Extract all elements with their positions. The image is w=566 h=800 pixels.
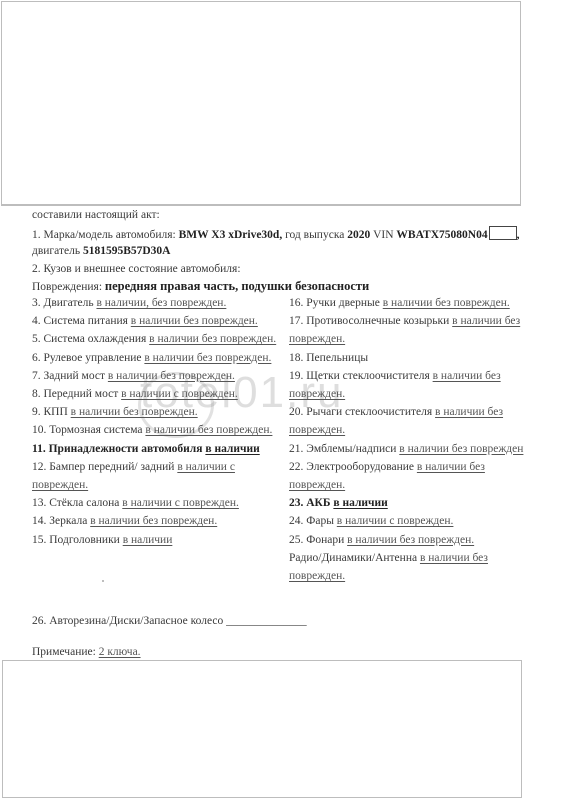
- checklist-item: 12. Бампер передний/ задний в наличии с: [32, 460, 235, 474]
- checklist-item: 7. Задний мост в наличии без поврежден.: [32, 369, 235, 383]
- item-label: 15. Подголовники: [32, 534, 123, 546]
- item-status: в наличии без поврежден.: [71, 406, 198, 418]
- checklist-item: 18. Пепельницы: [289, 351, 368, 365]
- item-status-continued: поврежден.: [32, 479, 88, 491]
- item-status: в наличии без поврежден.: [149, 333, 276, 345]
- checklist-item: 13. Стёкла салона в наличии с поврежден.: [32, 496, 239, 510]
- item-label: 25. Фонари: [289, 534, 347, 546]
- checklist-item: 16. Ручки дверные в наличии без поврежде…: [289, 296, 510, 310]
- item-status: в наличии без поврежден.: [144, 352, 271, 364]
- item-label: 16. Ручки дверные: [289, 297, 383, 309]
- damage-value: передняя правая часть, подушки безопасно…: [105, 279, 369, 293]
- item-label: 8. Передний мост: [32, 388, 121, 400]
- item-label: 11. Принадлежности автомобиля: [32, 443, 205, 455]
- checklist-item: 24. Фары в наличии с поврежден.: [289, 514, 453, 528]
- checklist-item: 11. Принадлежности автомобиля в наличии: [32, 442, 260, 456]
- redacted-footer-area: [2, 660, 522, 798]
- note-label: Примечание:: [32, 646, 99, 658]
- item-status: в наличии без: [420, 552, 488, 564]
- item-label: 22. Электрооборудование: [289, 461, 417, 473]
- item-label: 14. Зеркала: [32, 515, 90, 527]
- checklist-item: 22. Электрооборудование в наличии без: [289, 460, 485, 474]
- checklist-item: 20. Рычаги стеклоочистителя в наличии бе…: [289, 405, 503, 419]
- item-status: в наличии без поврежден.: [108, 370, 235, 382]
- item-label: 7. Задний мост: [32, 370, 108, 382]
- checklist-item-continuation: поврежден.: [289, 478, 345, 492]
- item-status: в наличии: [333, 497, 387, 509]
- checklist-item: 21. Эмблемы/надписи в наличии без повреж…: [289, 442, 523, 456]
- item-status: в наличии: [205, 443, 259, 455]
- item-status: в наличии без: [452, 315, 520, 327]
- item-status: в наличии, без поврежден.: [96, 297, 226, 309]
- item-status: в наличии без: [435, 406, 503, 418]
- checklist-item: 10. Тормозная система в наличии без повр…: [32, 423, 272, 437]
- year-label: год выпуска: [282, 229, 347, 241]
- item-status: в наличии без поврежден.: [131, 315, 258, 327]
- item-label: 3. Двигатель: [32, 297, 96, 309]
- item-status-continued: поврежден.: [289, 570, 345, 582]
- item-label: 9. КПП: [32, 406, 71, 418]
- scan-speck: [102, 580, 104, 582]
- item-label: Радио/Динамики/Антенна: [289, 552, 420, 564]
- checklist-item: 9. КПП в наличии без поврежден.: [32, 405, 198, 419]
- damage-label: Повреждения:: [32, 281, 105, 293]
- item1-label: 1. Марка/модель автомобиля:: [32, 229, 179, 241]
- item-status: в наличии: [123, 534, 173, 546]
- item-label: 24. Фары: [289, 515, 337, 527]
- checklist-item: 14. Зеркала в наличии без поврежден.: [32, 514, 217, 528]
- tires-value: ______________: [226, 615, 307, 627]
- tires-line: 26. Авторезина/Диски/Запасное колесо ___…: [32, 614, 307, 628]
- item-label: 5. Система охлаждения: [32, 333, 149, 345]
- checklist-item: 8. Передний мост в наличии с поврежден.: [32, 387, 238, 401]
- item-status-continued: поврежден.: [289, 388, 345, 400]
- checklist-item: 6. Рулевое управление в наличии без повр…: [32, 351, 271, 365]
- item-label: 4. Система питания: [32, 315, 131, 327]
- engine-line: двигатель 5181595B57D30A: [32, 244, 170, 258]
- item-label: 13. Стёкла салона: [32, 497, 122, 509]
- checklist-item: 3. Двигатель в наличии, без поврежден.: [32, 296, 226, 310]
- tires-label: 26. Авторезина/Диски/Запасное колесо: [32, 615, 226, 627]
- item-label: 21. Эмблемы/надписи: [289, 443, 399, 455]
- checklist-item-continuation: поврежден.: [32, 478, 88, 492]
- intro-text: составили настоящий акт:: [32, 208, 160, 222]
- checklist-item: Радио/Динамики/Антенна в наличии без: [289, 551, 488, 565]
- checklist-item: 23. АКБ в наличии: [289, 496, 388, 510]
- item-status: в наличии с поврежден.: [337, 515, 454, 527]
- item-status: в наличии без: [433, 370, 501, 382]
- item-label: 20. Рычаги стеклоочистителя: [289, 406, 435, 418]
- vehicle-vin: WBATX75080N04: [396, 229, 487, 241]
- checklist-item: 17. Противосолнечные козырьки в наличии …: [289, 314, 520, 328]
- item-status: в наличии с поврежден.: [121, 388, 238, 400]
- item-status-continued: поврежден.: [289, 333, 345, 345]
- checklist-item-continuation: поврежден.: [289, 569, 345, 583]
- vin-redaction-box: [489, 226, 517, 240]
- vehicle-model: BMW X3 xDrive30d,: [179, 229, 283, 241]
- item-label: 17. Противосолнечные козырьки: [289, 315, 452, 327]
- checklist-item-continuation: поврежден.: [289, 423, 345, 437]
- item-label: 18. Пепельницы: [289, 352, 368, 364]
- item-status: в наличии без поврежден: [399, 443, 523, 455]
- vin-suffix: ,: [517, 229, 520, 241]
- checklist-item-continuation: поврежден.: [289, 332, 345, 346]
- item-status: в наличии без поврежден.: [145, 424, 272, 436]
- checklist-item: 19. Щетки стеклоочистителя в наличии без: [289, 369, 501, 383]
- item-status: в наличии без поврежден.: [347, 534, 474, 546]
- engine-label: двигатель: [32, 245, 83, 257]
- checklist-item-continuation: поврежден.: [289, 387, 345, 401]
- item-label: 12. Бампер передний/ задний: [32, 461, 177, 473]
- vin-label: VIN: [370, 229, 396, 241]
- checklist-item: 5. Система охлаждения в наличии без повр…: [32, 332, 276, 346]
- item-status: в наличии без: [417, 461, 485, 473]
- item-label: 19. Щетки стеклоочистителя: [289, 370, 433, 382]
- body-section-title: 2. Кузов и внешнее состояние автомобиля:: [32, 262, 241, 276]
- note-value: 2 ключа.: [99, 646, 141, 658]
- redacted-header-area: [1, 1, 521, 206]
- item-status-continued: поврежден.: [289, 479, 345, 491]
- item-label: 6. Рулевое управление: [32, 352, 144, 364]
- item-status-continued: поврежден.: [289, 424, 345, 436]
- item-status: в наличии с поврежден.: [122, 497, 239, 509]
- item-status: в наличии с: [177, 461, 235, 473]
- engine-number: 5181595B57D30A: [83, 245, 171, 257]
- checklist-item: 4. Система питания в наличии без поврежд…: [32, 314, 258, 328]
- checklist-item: 25. Фонари в наличии без поврежден.: [289, 533, 474, 547]
- checklist-item: 15. Подголовники в наличии: [32, 533, 172, 547]
- item-label: 10. Тормозная система: [32, 424, 145, 436]
- damage-line: Повреждения: передняя правая часть, поду…: [32, 279, 369, 294]
- item-status: в наличии без поврежден.: [90, 515, 217, 527]
- vehicle-line: 1. Марка/модель автомобиля: BMW X3 xDriv…: [32, 226, 519, 242]
- vehicle-year: 2020: [347, 229, 370, 241]
- item-status: в наличии без поврежден.: [383, 297, 510, 309]
- note-line: Примечание: 2 ключа.: [32, 645, 141, 659]
- item-label: 23. АКБ: [289, 497, 333, 509]
